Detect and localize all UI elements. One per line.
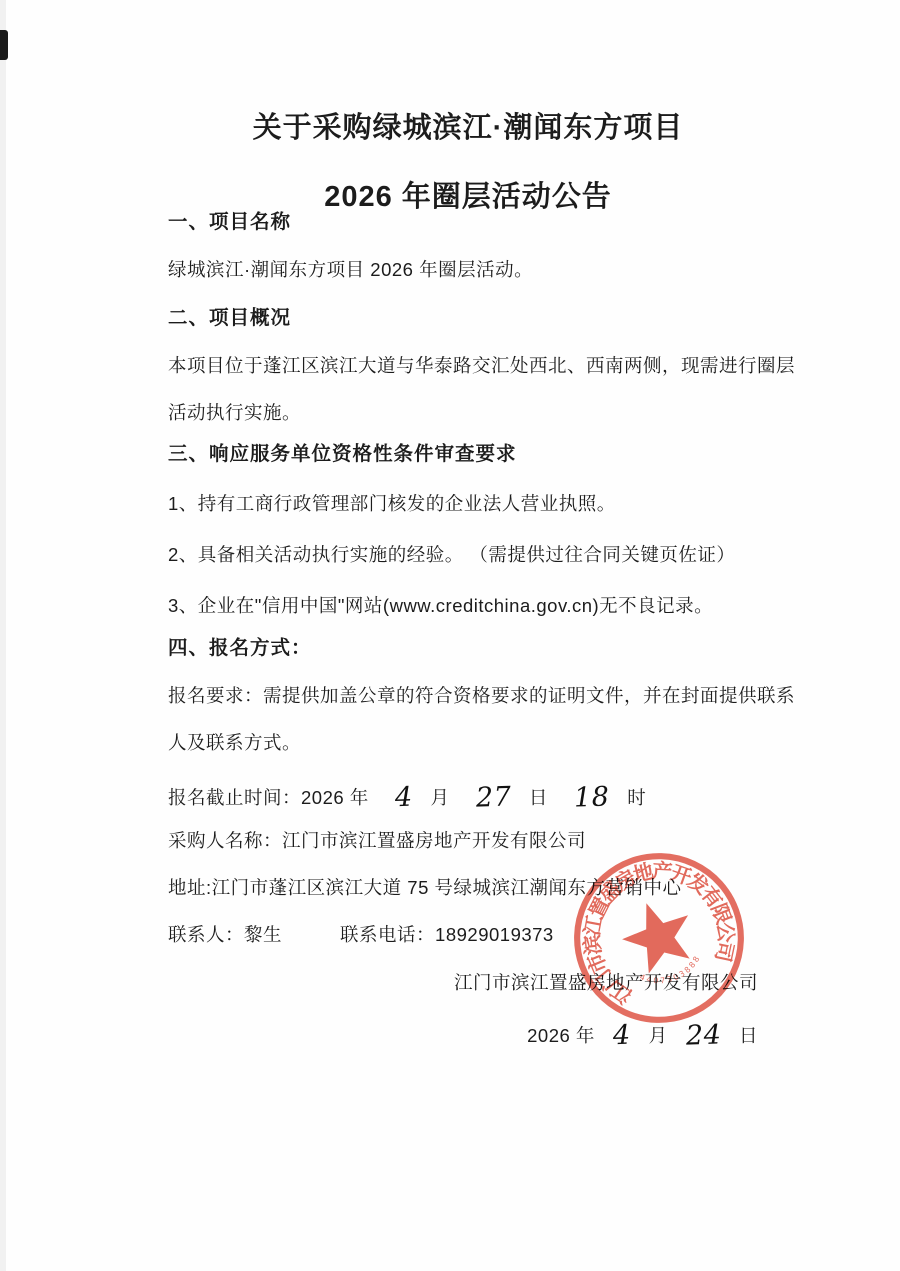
signature-company: 江门市滨江置盛房地产开发有限公司 xyxy=(454,971,758,994)
deadline-day-unit: 日 xyxy=(529,787,548,808)
seal-ring-border xyxy=(554,833,764,1043)
deadline-month-unit: 月 xyxy=(430,787,449,808)
section4-body-line2: 人及联系方式。 xyxy=(168,731,301,754)
section4-body-line1: 报名要求：需提供加盖公章的符合资格要求的证明文件，并在封面提供联系 xyxy=(168,684,795,707)
document-page: 关于采购绿城滨江·潮闻东方项目 2026 年圈层活动公告 一、项目名称 绿城滨江… xyxy=(0,0,900,1271)
section2-heading: 二、项目概况 xyxy=(168,306,291,330)
section1-heading: 一、项目名称 xyxy=(168,210,291,234)
contact-person: 黎生 xyxy=(244,924,282,945)
section3-item1: 1、持有工商行政管理部门核发的企业法人营业执照。 xyxy=(168,492,616,515)
signature-date: 2026 年4月24日 xyxy=(527,1019,758,1053)
signature-day-unit: 日 xyxy=(739,1025,758,1046)
signature-month-handwritten: 4 xyxy=(612,1019,631,1053)
contact-phone-label: 联系电话： xyxy=(340,924,435,945)
doc-title-line1: 关于采购绿城滨江·潮闻东方项目 xyxy=(18,110,900,146)
section3-item3: 3、企业在"信用中国"网站(www.creditchina.gov.cn)无不良… xyxy=(168,594,713,617)
section1-body: 绿城滨江·潮闻东方项目 2026 年圈层活动。 xyxy=(168,258,533,281)
seal-graphic: 江门市滨江置盛房地产开发有限公司 4407303888 xyxy=(542,824,775,1052)
company-seal-stamp: 江门市滨江置盛房地产开发有限公司 4407303888 xyxy=(542,824,775,1052)
contact-phone: 18929019373 xyxy=(435,924,554,945)
scan-edge-shadow xyxy=(0,0,6,1271)
deadline-day-handwritten: 27 xyxy=(475,780,512,815)
deadline-line: 报名截止时间：2026 年4月27日18时 xyxy=(168,781,646,815)
purchaser-line: 采购人名称：江门市滨江置盛房地产开发有限公司 xyxy=(168,829,586,852)
signature-day-handwritten: 24 xyxy=(685,1018,722,1053)
section3-heading: 三、响应服务单位资格性条件审查要求 xyxy=(168,442,517,466)
scan-artifact-mark xyxy=(0,30,8,60)
signature-month-unit: 月 xyxy=(649,1025,668,1046)
contact-person-label: 联系人： xyxy=(168,924,244,945)
section2-body-line1: 本项目位于蓬江区滨江大道与华泰路交汇处西北、西南两侧，现需进行圈层 xyxy=(168,354,795,377)
deadline-hour-unit: 时 xyxy=(627,787,646,808)
section4-heading: 四、报名方式： xyxy=(168,636,312,660)
section2-body-line2: 活动执行实施。 xyxy=(168,401,301,424)
address-line: 地址:江门市蓬江区滨江大道 75 号绿城滨江潮闻东方营销中心 xyxy=(168,876,682,899)
section3-item2: 2、具备相关活动执行实施的经验。 （需提供过往合同关键页佐证） xyxy=(168,543,735,566)
deadline-hour-handwritten: 18 xyxy=(573,780,610,815)
contact-line: 联系人：黎生联系电话：18929019373 xyxy=(168,923,554,946)
deadline-month-handwritten: 4 xyxy=(394,781,413,815)
signature-date-prefix: 2026 年 xyxy=(527,1025,595,1046)
deadline-prefix: 报名截止时间：2026 年 xyxy=(168,787,369,808)
doc-title-line2: 2026 年圈层活动公告 xyxy=(18,179,900,215)
seal-star-icon xyxy=(613,891,702,978)
